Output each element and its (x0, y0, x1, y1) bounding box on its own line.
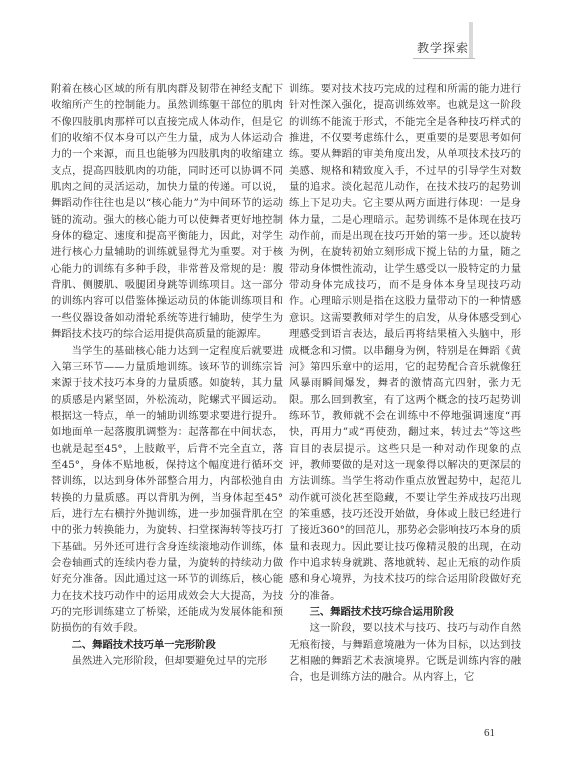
body-paragraph: 当学生的基础核心能力达到一定程度后就要进入第三环节——力量质地训练。该环节的训练… (51, 343, 283, 637)
body-paragraph: 训练。要对技术技巧完成的过程和所需的能力进行针对性深入强化，提高训练效率。也就是… (289, 81, 521, 604)
right-column: 训练。要对技术技巧完成的过程和所需的能力进行针对性深入强化，提高训练效率。也就是… (289, 81, 521, 686)
body-paragraph: 附着在核心区域的所有肌肉群及韧带在神经支配下收缩所产生的控制能力。虽然训练躯干部… (51, 81, 283, 343)
body-paragraph: 虽然进入完形阶段，但却要避免过早的完形 (51, 653, 283, 669)
section-heading: 三、舞蹈技术技巧综合运用阶段 (289, 604, 521, 620)
section-tag: 教学探索 (413, 38, 475, 59)
body-paragraph: 这一阶段，要以技术与技巧、技巧与动作自然无痕衔接，与舞蹈意境融为一体为目标，以达… (289, 620, 521, 685)
left-column: 附着在核心区域的所有肌肉群及韧带在神经支配下收缩所产生的控制能力。虽然训练躯干部… (51, 81, 283, 669)
page-number: 61 (484, 727, 495, 739)
section-heading: 二、舞蹈技术技巧单一完形阶段 (51, 637, 283, 653)
